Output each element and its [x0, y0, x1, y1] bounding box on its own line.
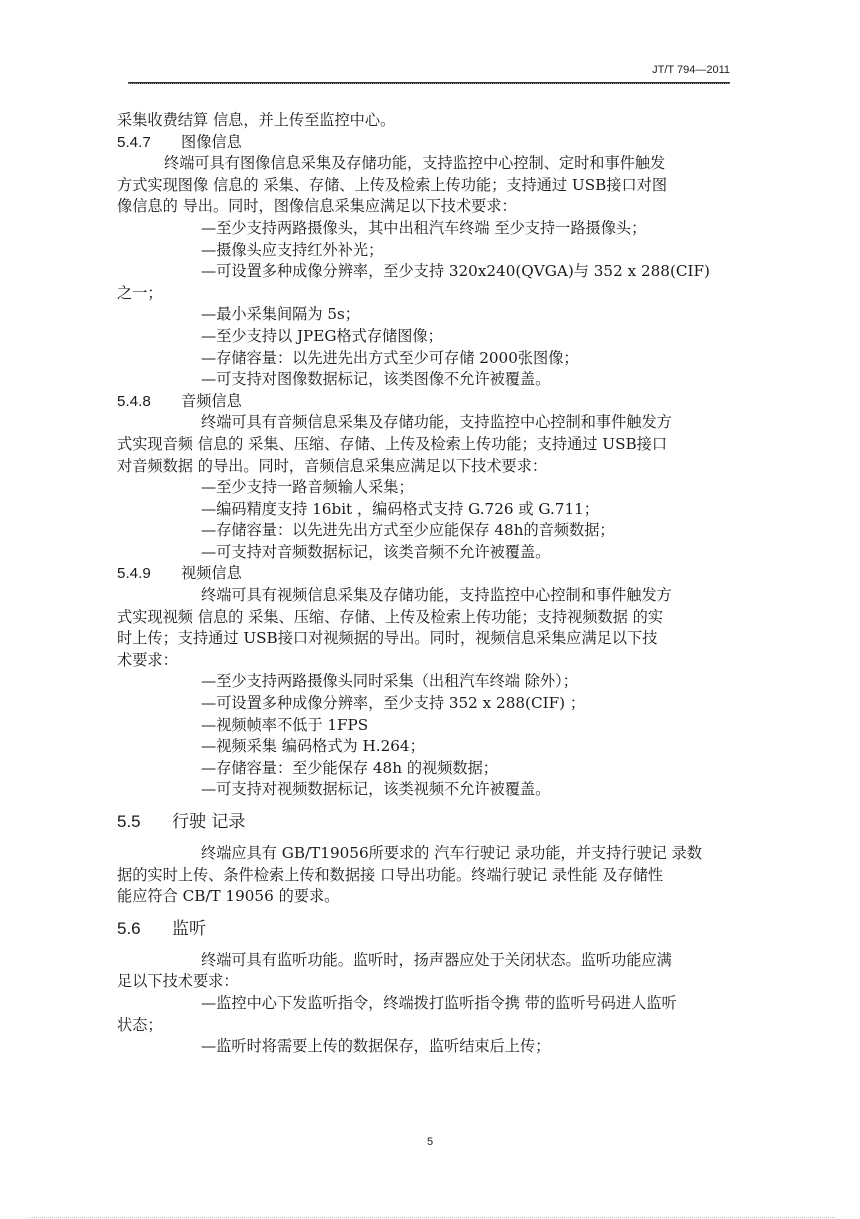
list-item: —存储容量：以先进先出方式至少可存储 2000张图像；	[117, 348, 731, 370]
section-title: 监听	[172, 919, 206, 939]
paragraph-line: 对音频数据 的导出。同时，音频信息采集应满足以下技术要求：	[117, 456, 731, 478]
list-item-wrap: 状态；	[117, 1015, 731, 1037]
section-title: 行驶 记录	[172, 812, 245, 832]
section-heading-5-4-7: 5.4.7图像信息	[117, 132, 731, 154]
list-item: —至少支持两路摄像头，其中出租汽车终端 至少支持一路摄像头；	[117, 218, 731, 240]
list-item: —至少支持两路摄像头同时采集（出租汽车终端 除外）；	[117, 671, 731, 693]
section-title: 视频信息	[181, 565, 242, 582]
continuation-text: 采集收费结算 信息，并上传至监控中心。	[117, 110, 731, 132]
paragraph-line: 方式实现图像 信息的 采集、存储、上传及检索上传功能；支持通过 USB接口对图	[117, 175, 731, 197]
section-number: 5.4.8	[117, 391, 181, 413]
list-item: —视频帧率不低于 1FPS	[117, 715, 731, 737]
section-heading-5-6: 5.6监听	[117, 917, 731, 941]
list-item: —至少支持一路音频输人采集；	[117, 477, 731, 499]
list-item: —可设置多种成像分辨率，至少支持 320x240(QVGA)与 352 x 28…	[117, 261, 731, 283]
list-item: —存储容量：至少能保存 48h 的视频数据；	[117, 758, 731, 780]
section-heading-5-4-9: 5.4.9视频信息	[117, 563, 731, 585]
list-item: —可支持对音频数据标记，该类音频不允许被覆盖。	[117, 542, 731, 564]
section-heading-5-4-8: 5.4.8音频信息	[117, 391, 731, 413]
paragraph-line: 像信息的 导出。同时，图像信息采集应满足以下技术要求：	[117, 196, 731, 218]
list-item: —摄像头应支持红外补光；	[117, 240, 731, 262]
section-number: 5.4.9	[117, 563, 181, 585]
list-item: —可支持对视频数据标记，该类视频不允许被覆盖。	[117, 779, 731, 801]
page-number: 5	[0, 1136, 860, 1148]
page-body: 采集收费结算 信息，并上传至监控中心。 5.4.7图像信息 终端可具有图像信息采…	[117, 110, 731, 1058]
list-item-wrap: 之一；	[117, 283, 731, 305]
list-item: —可支持对图像数据标记，该类图像不允许被覆盖。	[117, 369, 731, 391]
list-item: —可设置多种成像分辨率，至少支持 352 x 288(CIF) ；	[117, 693, 731, 715]
list-item: —视频采集 编码格式为 H.264；	[117, 736, 731, 758]
list-item: —监控中心下发监听指令，终端拨打监听指令携 带的监听号码进人监听	[117, 993, 731, 1015]
standard-code: JT/T 794—2011	[652, 64, 730, 76]
paragraph-line: 终端可具有视频信息采集及存储功能，支持监控中心控制和事件触发方	[117, 585, 731, 607]
section-number: 5.6	[117, 917, 172, 941]
section-title: 音频信息	[181, 393, 242, 410]
paragraph-line: 足以下技术要求：	[117, 971, 731, 993]
list-item: —存储容量：以先进先出方式至少应能保存 48h的音频数据；	[117, 520, 731, 542]
paragraph-line: 时上传；支持通过 USB接口对视频据的导出。同时，视频信息采集应满足以下技	[117, 628, 731, 650]
paragraph-line: 终端可具有音频信息采集及存储功能，支持监控中心控制和事件触发方	[117, 412, 731, 434]
list-item: —监听时将需要上传的数据保存，监听结束后上传；	[117, 1036, 731, 1058]
list-item: —编码精度支持 16bit ，编码格式支持 G.726 或 G.711；	[117, 499, 731, 521]
paragraph-line: 术要求：	[117, 650, 731, 672]
page-bottom-edge	[30, 1217, 835, 1218]
list-item: —至少支持以 JPEG格式存储图像；	[117, 326, 731, 348]
list-item: —最小采集间隔为 5s；	[117, 304, 731, 326]
paragraph-line: 终端可具有图像信息采集及存储功能，支持监控中心控制、定时和事件触发	[117, 153, 731, 175]
paragraph-line: 式实现音频 信息的 采集、压缩、存储、上传及检索上传功能；支持通过 USB接口	[117, 434, 731, 456]
paragraph-line: 终端可具有监听功能。监听时，扬声器应处于关闭状态。监听功能应满	[117, 950, 731, 972]
section-number: 5.5	[117, 810, 172, 834]
paragraph-line: 式实现视频 信息的 采集、压缩、存储、上传及检索上传功能；支持视频数据 的实	[117, 607, 731, 629]
paragraph-line: 据的实时上传、条件检索上传和数据接 口导出功能。终端行驶记 录性能 及存储性	[117, 865, 731, 887]
section-heading-5-5: 5.5行驶 记录	[117, 810, 731, 834]
section-title: 图像信息	[181, 134, 242, 151]
paragraph-line: 能应符合 CB/T 19056 的要求。	[117, 886, 731, 908]
paragraph-line: 终端应具有 GB/T19056所要求的 汽车行驶记 录功能，并支持行驶记 录数	[117, 843, 731, 865]
section-number: 5.4.7	[117, 132, 181, 154]
header-divider	[128, 82, 730, 84]
